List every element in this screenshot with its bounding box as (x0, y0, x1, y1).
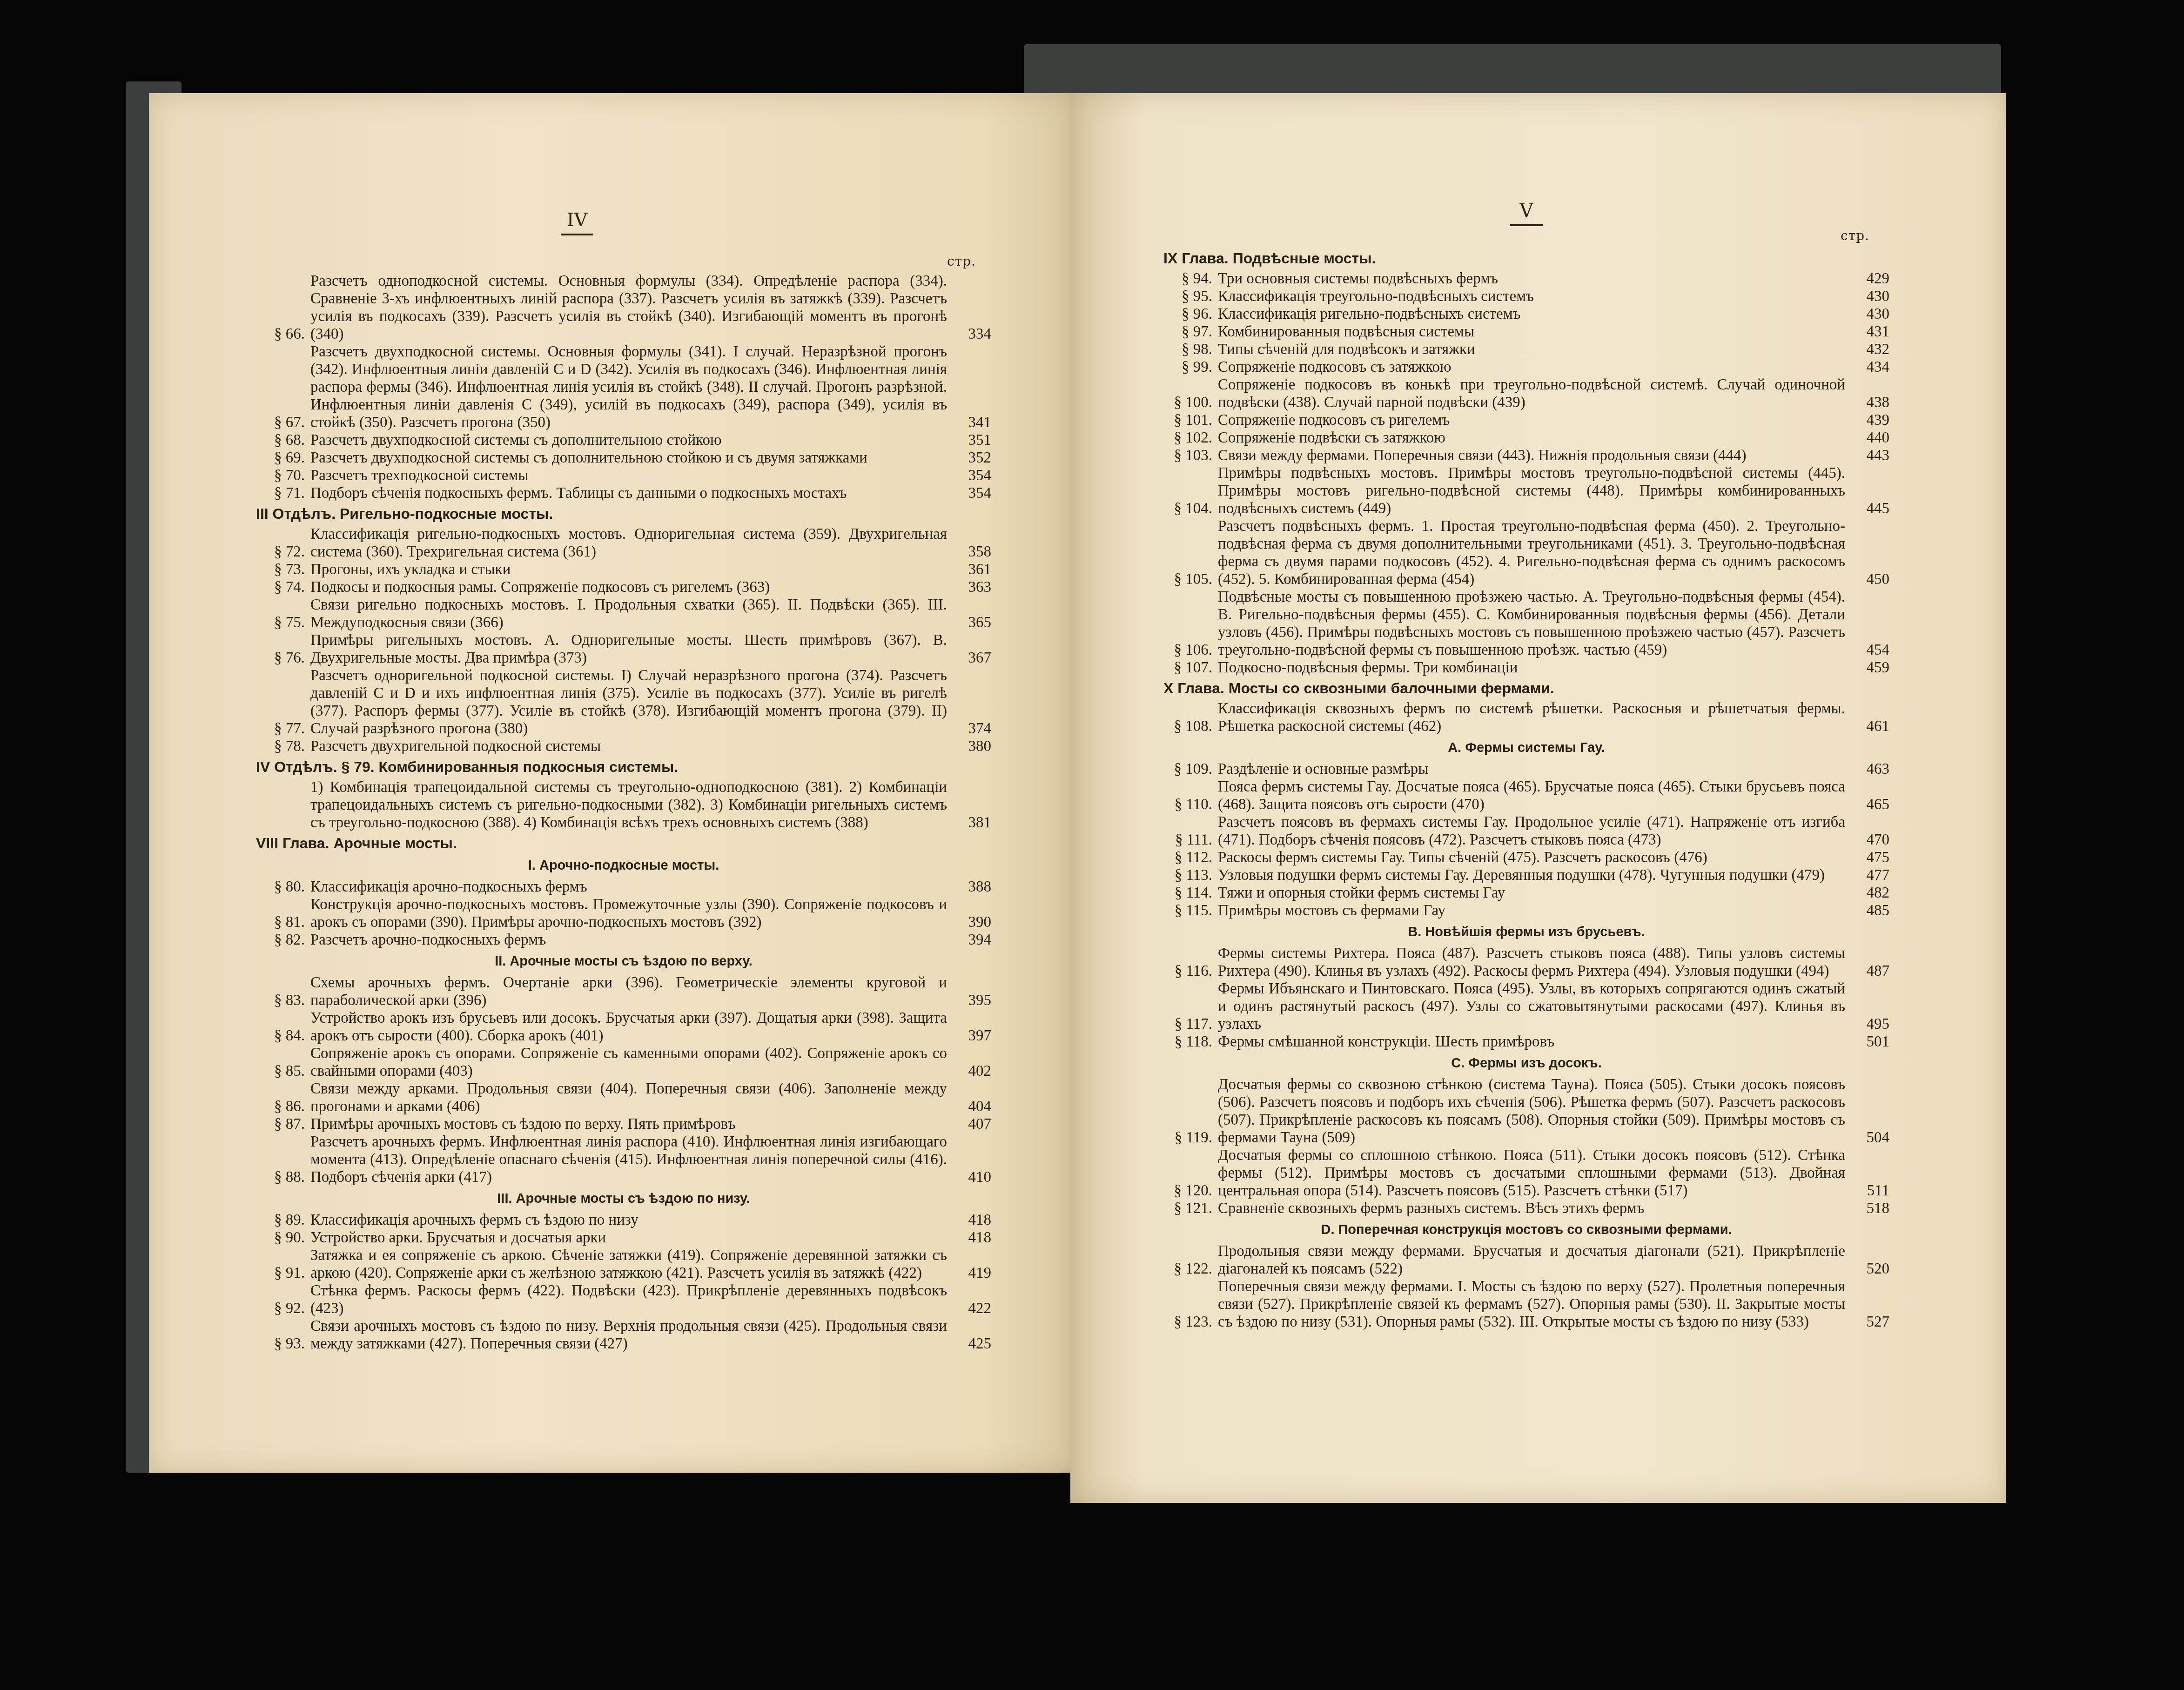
toc-entry: § 102.Сопряженіе подвѣски съ затяжкою440 (1163, 429, 1889, 447)
page-reference: 418 (947, 1211, 991, 1229)
entry-title: Связи арочныхъ мостовъ съ ѣздою по низу.… (310, 1317, 947, 1353)
toc-entry: § 77.Разсчетъ одноригельной подкосной си… (256, 667, 991, 738)
entry-title: Раскосы фермъ системы Гау. Типы сѣченій … (1218, 849, 1845, 866)
entry-title: Устройство арки. Брусчатыя и досчатыя ар… (310, 1229, 947, 1247)
toc-entry: § 105.Разсчетъ подвѣсныхъ фермъ. 1. Прос… (1163, 517, 1889, 588)
entry-title: Классификація сквозныхъ фермъ по системѣ… (1218, 700, 1845, 735)
page-reference: 477 (1845, 866, 1889, 884)
page-reference: 351 (947, 431, 991, 449)
section-number: § 89. (256, 1211, 310, 1229)
toc-entry: § 89.Классификація арочныхъ фермъ съ ѣзд… (256, 1211, 991, 1229)
section-number: § 101. (1163, 411, 1218, 429)
entry-title: Продольныя связи между фермами. Брусчаты… (1218, 1242, 1845, 1278)
section-number: § 105. (1163, 570, 1218, 588)
toc-entry: § 104.Примѣры подвѣсныхъ мостовъ. Примѣр… (1163, 464, 1889, 517)
entry-title: Типы сѣченій для подвѣсокъ и затяжки (1218, 341, 1845, 358)
page-reference: 430 (1845, 288, 1889, 305)
section-number: § 73. (256, 561, 310, 578)
page-reference: 407 (947, 1115, 991, 1133)
entry-title: Разсчетъ арочныхъ фермъ. Инфлюентная лин… (310, 1133, 947, 1186)
table-of-contents-left: § 66.Разсчетъ одноподкосной системы. Осн… (256, 272, 991, 1353)
entry-title: Сопряженіе подвѣски съ затяжкою (1218, 429, 1845, 447)
entry-title: Разсчетъ трехподкосной системы (310, 467, 947, 484)
entry-title: Подкосно-подвѣсныя фермы. Три комбинаціи (1218, 659, 1845, 677)
toc-entry: § 111.Разсчетъ поясовъ въ фермахъ систем… (1163, 813, 1889, 849)
section-number: § 71. (256, 484, 310, 502)
section-number: § 94. (1163, 270, 1218, 288)
page-reference: 354 (947, 467, 991, 484)
section-number: § 82. (256, 931, 310, 949)
toc-entry: § 121.Сравненіе сквозныхъ фермъ разныхъ … (1163, 1200, 1889, 1217)
section-number: § 83. (256, 992, 310, 1009)
toc-entry: § 66.Разсчетъ одноподкосной системы. Осн… (256, 272, 991, 343)
entry-title: Разсчетъ двухподкосной системы съ дополн… (310, 449, 947, 467)
toc-entry: § 109.Раздѣленіе и основные размѣры463 (1163, 760, 1889, 778)
entry-title: Связи между арками. Продольныя связи (40… (310, 1080, 947, 1115)
subsection-heading: В. Новѣйшія фермы изъ брусьевъ. (1163, 923, 1889, 941)
page-reference: 363 (947, 578, 991, 596)
page-reference: 352 (947, 449, 991, 467)
toc-entry: § 95.Классификація треугольно-подвѣсныхъ… (1163, 288, 1889, 305)
page-reference: 354 (947, 484, 991, 502)
toc-entry: § 73.Прогоны, ихъ укладка и стыки361 (256, 561, 991, 578)
section-number: § 66. (256, 325, 310, 343)
section-number: § 74. (256, 578, 310, 596)
page-reference: 374 (947, 720, 991, 738)
page-reference: 380 (947, 738, 991, 755)
page-reference: 459 (1845, 659, 1889, 677)
page-reference: 495 (1845, 1015, 1889, 1033)
toc-entry: § 84.Устройство арокъ изъ брусьевъ или д… (256, 1009, 991, 1045)
section-number: § 97. (1163, 323, 1218, 341)
section-number: § 115. (1163, 902, 1218, 919)
page-reference: 397 (947, 1027, 991, 1045)
entry-title: 1) Комбинація трапецоидальной системы съ… (310, 778, 947, 832)
page-reference: 450 (1845, 570, 1889, 588)
section-number: § 104. (1163, 500, 1218, 517)
page-reference: 367 (947, 649, 991, 667)
page-reference: 465 (1845, 796, 1889, 813)
section-number: § 92. (256, 1300, 310, 1317)
entry-title: Подборъ сѣченія подкосныхъ фермъ. Таблиц… (310, 484, 947, 502)
entry-title: Разсчетъ двухригельной подкосной системы (310, 738, 947, 755)
section-number: § 106. (1163, 641, 1218, 659)
toc-entry: 1) Комбинація трапецоидальной системы съ… (256, 778, 991, 832)
subsection-heading: II. Арочные мосты съ ѣздою по верху. (256, 952, 991, 970)
toc-entry: § 80.Классификація арочно-подкосныхъ фер… (256, 878, 991, 896)
section-number: § 84. (256, 1027, 310, 1045)
section-number: § 78. (256, 738, 310, 755)
section-heading: IV Отдѣлъ. § 79. Комбинированныя подкосн… (256, 757, 991, 777)
section-number: § 107. (1163, 659, 1218, 677)
section-number: § 98. (1163, 341, 1218, 358)
subsection-heading: I. Арочно-подкосные мосты. (256, 857, 991, 874)
entry-title: Сопряженіе подкосовъ съ затяжкою (1218, 358, 1845, 376)
toc-entry: § 120.Досчатыя фермы со сплошною стѣнкою… (1163, 1147, 1889, 1200)
section-number: § 81. (256, 913, 310, 931)
section-number: § 95. (1163, 288, 1218, 305)
entry-title: Поперечныя связи между фермами. I. Мосты… (1218, 1278, 1845, 1331)
page-reference: 381 (947, 814, 991, 832)
section-number: § 112. (1163, 849, 1218, 866)
subsection-heading: А. Фермы системы Гау. (1163, 739, 1889, 757)
toc-entry: § 72.Классификація ригельно-подкосныхъ м… (256, 525, 991, 561)
entry-title: Сопряженіе подкосовъ съ ригелемъ (1218, 411, 1845, 429)
toc-entry: § 67.Разсчетъ двухподкосной системы. Осн… (256, 343, 991, 431)
toc-entry: § 78.Разсчетъ двухригельной подкосной си… (256, 738, 991, 755)
page-reference: 438 (1845, 394, 1889, 411)
section-number: § 119. (1163, 1129, 1218, 1147)
toc-entry: § 106.Подвѣсные мосты съ повышенною проѣ… (1163, 588, 1889, 659)
entry-title: Фермы Ибъянскаго и Пинтовскаго. Пояса (4… (1218, 980, 1845, 1033)
page-reference: 439 (1845, 411, 1889, 429)
toc-entry: § 74.Подкосы и подкосныя рамы. Сопряжені… (256, 578, 991, 596)
toc-entry: § 116.Фермы системы Рихтера. Пояса (487)… (1163, 945, 1889, 980)
section-number: § 85. (256, 1062, 310, 1080)
page-reference: 422 (947, 1300, 991, 1317)
entry-title: Досчатыя фермы со сплошною стѣнкою. Пояс… (1218, 1147, 1845, 1200)
section-number: § 113. (1163, 866, 1218, 884)
toc-entry: § 114.Тяжи и опорныя стойки фермъ систем… (1163, 884, 1889, 902)
page-reference: 482 (1845, 884, 1889, 902)
entry-title: Устройство арокъ изъ брусьевъ или досокъ… (310, 1009, 947, 1045)
section-number: § 70. (256, 467, 310, 484)
page-reference: 443 (1845, 447, 1889, 464)
entry-title: Примѣры мостовъ съ фермами Гау (1218, 902, 1845, 919)
entry-title: Комбинированныя подвѣсныя системы (1218, 323, 1845, 341)
toc-entry: § 97.Комбинированныя подвѣсныя системы43… (1163, 323, 1889, 341)
section-number: § 103. (1163, 447, 1218, 464)
entry-title: Связи ригельно подкосныхъ мостовъ. I. Пр… (310, 596, 947, 631)
section-number: § 90. (256, 1229, 310, 1247)
entry-title: Классификація арочно-подкосныхъ фермъ (310, 878, 947, 896)
entry-title: Досчатыя фермы со сквозною стѣнкою (сист… (1218, 1076, 1845, 1147)
toc-entry: § 108.Классификація сквозныхъ фермъ по с… (1163, 700, 1889, 735)
toc-entry: § 103.Связи между фермами. Поперечныя св… (1163, 447, 1889, 464)
toc-entry: § 113.Узловыя подушки фермъ системы Гау.… (1163, 866, 1889, 884)
entry-title: Затяжка и ея сопряженіе съ аркою. Сѣчені… (310, 1247, 947, 1282)
section-number: § 110. (1163, 796, 1218, 813)
subsection-heading: С. Фермы изъ досокъ. (1163, 1054, 1889, 1072)
page-reference: 418 (947, 1229, 991, 1247)
entry-title: Разсчетъ одноподкосной системы. Основныя… (310, 272, 947, 343)
page-reference: 487 (1845, 962, 1889, 980)
section-number: § 111. (1163, 831, 1218, 849)
entry-title: Фермы смѣшанной конструкціи. Шесть примѣ… (1218, 1033, 1845, 1051)
section-number: § 91. (256, 1264, 310, 1282)
page-reference: 365 (947, 614, 991, 631)
toc-entry: § 117.Фермы Ибъянскаго и Пинтовскаго. По… (1163, 980, 1889, 1033)
toc-entry: § 100.Сопряженіе подкосовъ въ конькѣ при… (1163, 376, 1889, 411)
toc-entry: § 101.Сопряженіе подкосовъ съ ригелемъ43… (1163, 411, 1889, 429)
page-reference: 445 (1845, 500, 1889, 517)
toc-entry: § 71.Подборъ сѣченія подкосныхъ фермъ. Т… (256, 484, 991, 502)
section-number: § 117. (1163, 1015, 1218, 1033)
right-page: V стр. IX Глава. Подвѣсные мосты.§ 94.Тр… (1070, 93, 2006, 1503)
section-number: § 100. (1163, 394, 1218, 411)
toc-entry: § 75.Связи ригельно подкосныхъ мостовъ. … (256, 596, 991, 631)
page-reference: 463 (1845, 760, 1889, 778)
page-reference: 520 (1845, 1260, 1889, 1278)
entry-title: Стѣнка фермъ. Раскосы фермъ (422). Подвѣ… (310, 1282, 947, 1317)
toc-entry: § 96.Классификація ригельно-подвѣсныхъ с… (1163, 305, 1889, 323)
page-column-label: стр. (947, 254, 976, 269)
section-number: § 86. (256, 1098, 310, 1115)
section-number: § 68. (256, 431, 310, 449)
page-number: IV (531, 209, 624, 235)
section-number: § 69. (256, 449, 310, 467)
section-number: § 67. (256, 414, 310, 431)
page-reference: 504 (1845, 1129, 1889, 1147)
page-reference: 402 (947, 1062, 991, 1080)
toc-entry: § 82.Разсчетъ арочно-подкосныхъ фермъ394 (256, 931, 991, 949)
section-number: § 118. (1163, 1033, 1218, 1051)
entry-title: Примѣры ригельныхъ мостовъ. А. Одноригел… (310, 631, 947, 667)
section-number: § 116. (1163, 962, 1218, 980)
entry-title: Примѣры подвѣсныхъ мостовъ. Примѣры мост… (1218, 464, 1845, 517)
toc-entry: § 70.Разсчетъ трехподкосной системы354 (256, 467, 991, 484)
page-reference: 475 (1845, 849, 1889, 866)
toc-entry: § 98.Типы сѣченій для подвѣсокъ и затяжк… (1163, 341, 1889, 358)
page-reference: 390 (947, 913, 991, 931)
entry-title: Классификація арочныхъ фермъ съ ѣздою по… (310, 1211, 947, 1229)
entry-title: Примѣры арочныхъ мостовъ съ ѣздою по вер… (310, 1115, 947, 1133)
book-cover-top-edge (1024, 44, 2001, 95)
section-number: § 75. (256, 614, 310, 631)
page-reference: 485 (1845, 902, 1889, 919)
table-of-contents-right: IX Глава. Подвѣсные мосты.§ 94.Три основ… (1163, 247, 1889, 1331)
entry-title: Тяжи и опорныя стойки фермъ системы Гау (1218, 884, 1845, 902)
section-number: § 121. (1163, 1200, 1218, 1217)
toc-entry: § 88.Разсчетъ арочныхъ фермъ. Инфлюентна… (256, 1133, 991, 1186)
page-reference: 429 (1845, 270, 1889, 288)
section-number: § 80. (256, 878, 310, 896)
toc-entry: § 99.Сопряженіе подкосовъ съ затяжкою434 (1163, 358, 1889, 376)
entry-title: Сопряженіе арокъ съ опорами. Сопряженіе … (310, 1045, 947, 1080)
section-number: § 72. (256, 543, 310, 561)
entry-title: Конструкція арочно-подкосныхъ мостовъ. П… (310, 896, 947, 931)
toc-entry: § 110.Пояса фермъ системы Гау. Досчатые … (1163, 778, 1889, 813)
section-number: § 122. (1163, 1260, 1218, 1278)
section-heading: IX Глава. Подвѣсные мосты. (1163, 248, 1889, 268)
page-reference: 454 (1845, 641, 1889, 659)
toc-entry: § 115.Примѣры мостовъ съ фермами Гау485 (1163, 902, 1889, 919)
page-reference: 461 (1845, 718, 1889, 735)
left-page: IV стр. § 66.Разсчетъ одноподкосной сист… (149, 93, 1077, 1473)
section-number: § 96. (1163, 305, 1218, 323)
toc-entry: § 118.Фермы смѣшанной конструкціи. Шесть… (1163, 1033, 1889, 1051)
section-number: § 108. (1163, 718, 1218, 735)
page-reference: 511 (1845, 1182, 1889, 1200)
toc-entry: § 81.Конструкція арочно-подкосныхъ мосто… (256, 896, 991, 931)
page-reference: 334 (947, 325, 991, 343)
entry-title: Классификація ригельно-подвѣсныхъ систем… (1218, 305, 1845, 323)
entry-title: Пояса фермъ системы Гау. Досчатые пояса … (1218, 778, 1845, 813)
toc-entry: § 90.Устройство арки. Брусчатыя и досчат… (256, 1229, 991, 1247)
page-reference: 358 (947, 543, 991, 561)
page-reference: 430 (1845, 305, 1889, 323)
page-reference: 470 (1845, 831, 1889, 849)
entry-title: Прогоны, ихъ укладка и стыки (310, 561, 947, 578)
section-number: § 102. (1163, 429, 1218, 447)
page-reference: 434 (1845, 358, 1889, 376)
section-number: § 88. (256, 1168, 310, 1186)
entry-title: Три основныя системы подвѣсныхъ фермъ (1218, 270, 1845, 288)
page-reference: 388 (947, 878, 991, 896)
entry-title: Разсчетъ подвѣсныхъ фермъ. 1. Простая тр… (1218, 517, 1845, 588)
toc-entry: § 91.Затяжка и ея сопряженіе съ аркою. С… (256, 1247, 991, 1282)
toc-entry: § 68.Разсчетъ двухподкосной системы съ д… (256, 431, 991, 449)
toc-entry: § 87.Примѣры арочныхъ мостовъ съ ѣздою п… (256, 1115, 991, 1133)
section-number: § 87. (256, 1115, 310, 1133)
entry-title: Разсчетъ поясовъ въ фермахъ системы Гау.… (1218, 813, 1845, 849)
page-reference: 425 (947, 1335, 991, 1353)
entry-title: Разсчетъ двухподкосной системы съ дополн… (310, 431, 947, 449)
toc-entry: § 123.Поперечныя связи между фермами. I.… (1163, 1278, 1889, 1331)
entry-title: Сравненіе сквозныхъ фермъ разныхъ систем… (1218, 1200, 1845, 1217)
entry-title: Разсчетъ одноригельной подкосной системы… (310, 667, 947, 738)
page-number: V (1480, 200, 1573, 226)
section-number: § 114. (1163, 884, 1218, 902)
entry-title: Схемы арочныхъ фермъ. Очертаніе арки (39… (310, 974, 947, 1009)
page-reference: 518 (1845, 1200, 1889, 1217)
toc-entry: § 92.Стѣнка фермъ. Раскосы фермъ (422). … (256, 1282, 991, 1317)
toc-entry: § 107.Подкосно-подвѣсныя фермы. Три комб… (1163, 659, 1889, 677)
section-heading: VIII Глава. Арочные мосты. (256, 833, 991, 853)
page-reference: 361 (947, 561, 991, 578)
section-number: § 93. (256, 1335, 310, 1353)
page-reference: 501 (1845, 1033, 1889, 1051)
section-number: § 76. (256, 649, 310, 667)
entry-title: Классификація треугольно-подвѣсныхъ сист… (1218, 288, 1845, 305)
subsection-heading: D. Поперечная конструкція мостовъ со скв… (1163, 1221, 1889, 1239)
toc-entry: § 122.Продольныя связи между фермами. Бр… (1163, 1242, 1889, 1278)
entry-title: Узловыя подушки фермъ системы Гау. Дерев… (1218, 866, 1845, 884)
toc-entry: § 85.Сопряженіе арокъ съ опорами. Сопряж… (256, 1045, 991, 1080)
page-reference: 395 (947, 992, 991, 1009)
entry-title: Разсчетъ арочно-подкосныхъ фермъ (310, 931, 947, 949)
page-reference: 419 (947, 1264, 991, 1282)
entry-title: Связи между фермами. Поперечныя связи (4… (1218, 447, 1845, 464)
toc-entry: § 93.Связи арочныхъ мостовъ съ ѣздою по … (256, 1317, 991, 1353)
toc-entry: § 119.Досчатыя фермы со сквозною стѣнкою… (1163, 1076, 1889, 1147)
entry-title: Классификація ригельно-подкосныхъ мостов… (310, 525, 947, 561)
toc-entry: § 94.Три основныя системы подвѣсныхъ фер… (1163, 270, 1889, 288)
page-column-label: стр. (1841, 228, 1869, 243)
page-reference: 432 (1845, 341, 1889, 358)
page-reference: 410 (947, 1168, 991, 1186)
section-number: § 120. (1163, 1182, 1218, 1200)
page-reference: 341 (947, 414, 991, 431)
entry-title: Сопряженіе подкосовъ въ конькѣ при треуг… (1218, 376, 1845, 411)
toc-entry: § 76.Примѣры ригельныхъ мостовъ. А. Одно… (256, 631, 991, 667)
section-number: § 123. (1163, 1313, 1218, 1331)
entry-title: Подкосы и подкосныя рамы. Сопряженіе под… (310, 578, 947, 596)
entry-title: Разсчетъ двухподкосной системы. Основныя… (310, 343, 947, 431)
page-reference: 394 (947, 931, 991, 949)
toc-entry: § 86.Связи между арками. Продольныя связ… (256, 1080, 991, 1115)
section-number: § 99. (1163, 358, 1218, 376)
section-heading: III Отдѣлъ. Ригельно-подкосные мосты. (256, 504, 991, 523)
section-heading: X Глава. Мосты со сквозными балочными фе… (1163, 678, 1889, 698)
entry-title: Раздѣленіе и основные размѣры (1218, 760, 1845, 778)
entry-title: Фермы системы Рихтера. Пояса (487). Разс… (1218, 945, 1845, 980)
entry-title: Подвѣсные мосты съ повышенною проѣзжею ч… (1218, 588, 1845, 659)
page-reference: 527 (1845, 1313, 1889, 1331)
toc-entry: § 69.Разсчетъ двухподкосной системы съ д… (256, 449, 991, 467)
subsection-heading: III. Арочные мосты съ ѣздою по низу. (256, 1190, 991, 1207)
toc-entry: § 83.Схемы арочныхъ фермъ. Очертаніе арк… (256, 974, 991, 1009)
page-reference: 404 (947, 1098, 991, 1115)
section-number: § 109. (1163, 760, 1218, 778)
toc-entry: § 112.Раскосы фермъ системы Гау. Типы сѣ… (1163, 849, 1889, 866)
page-reference: 431 (1845, 323, 1889, 341)
page-reference: 440 (1845, 429, 1889, 447)
section-number: § 77. (256, 720, 310, 738)
